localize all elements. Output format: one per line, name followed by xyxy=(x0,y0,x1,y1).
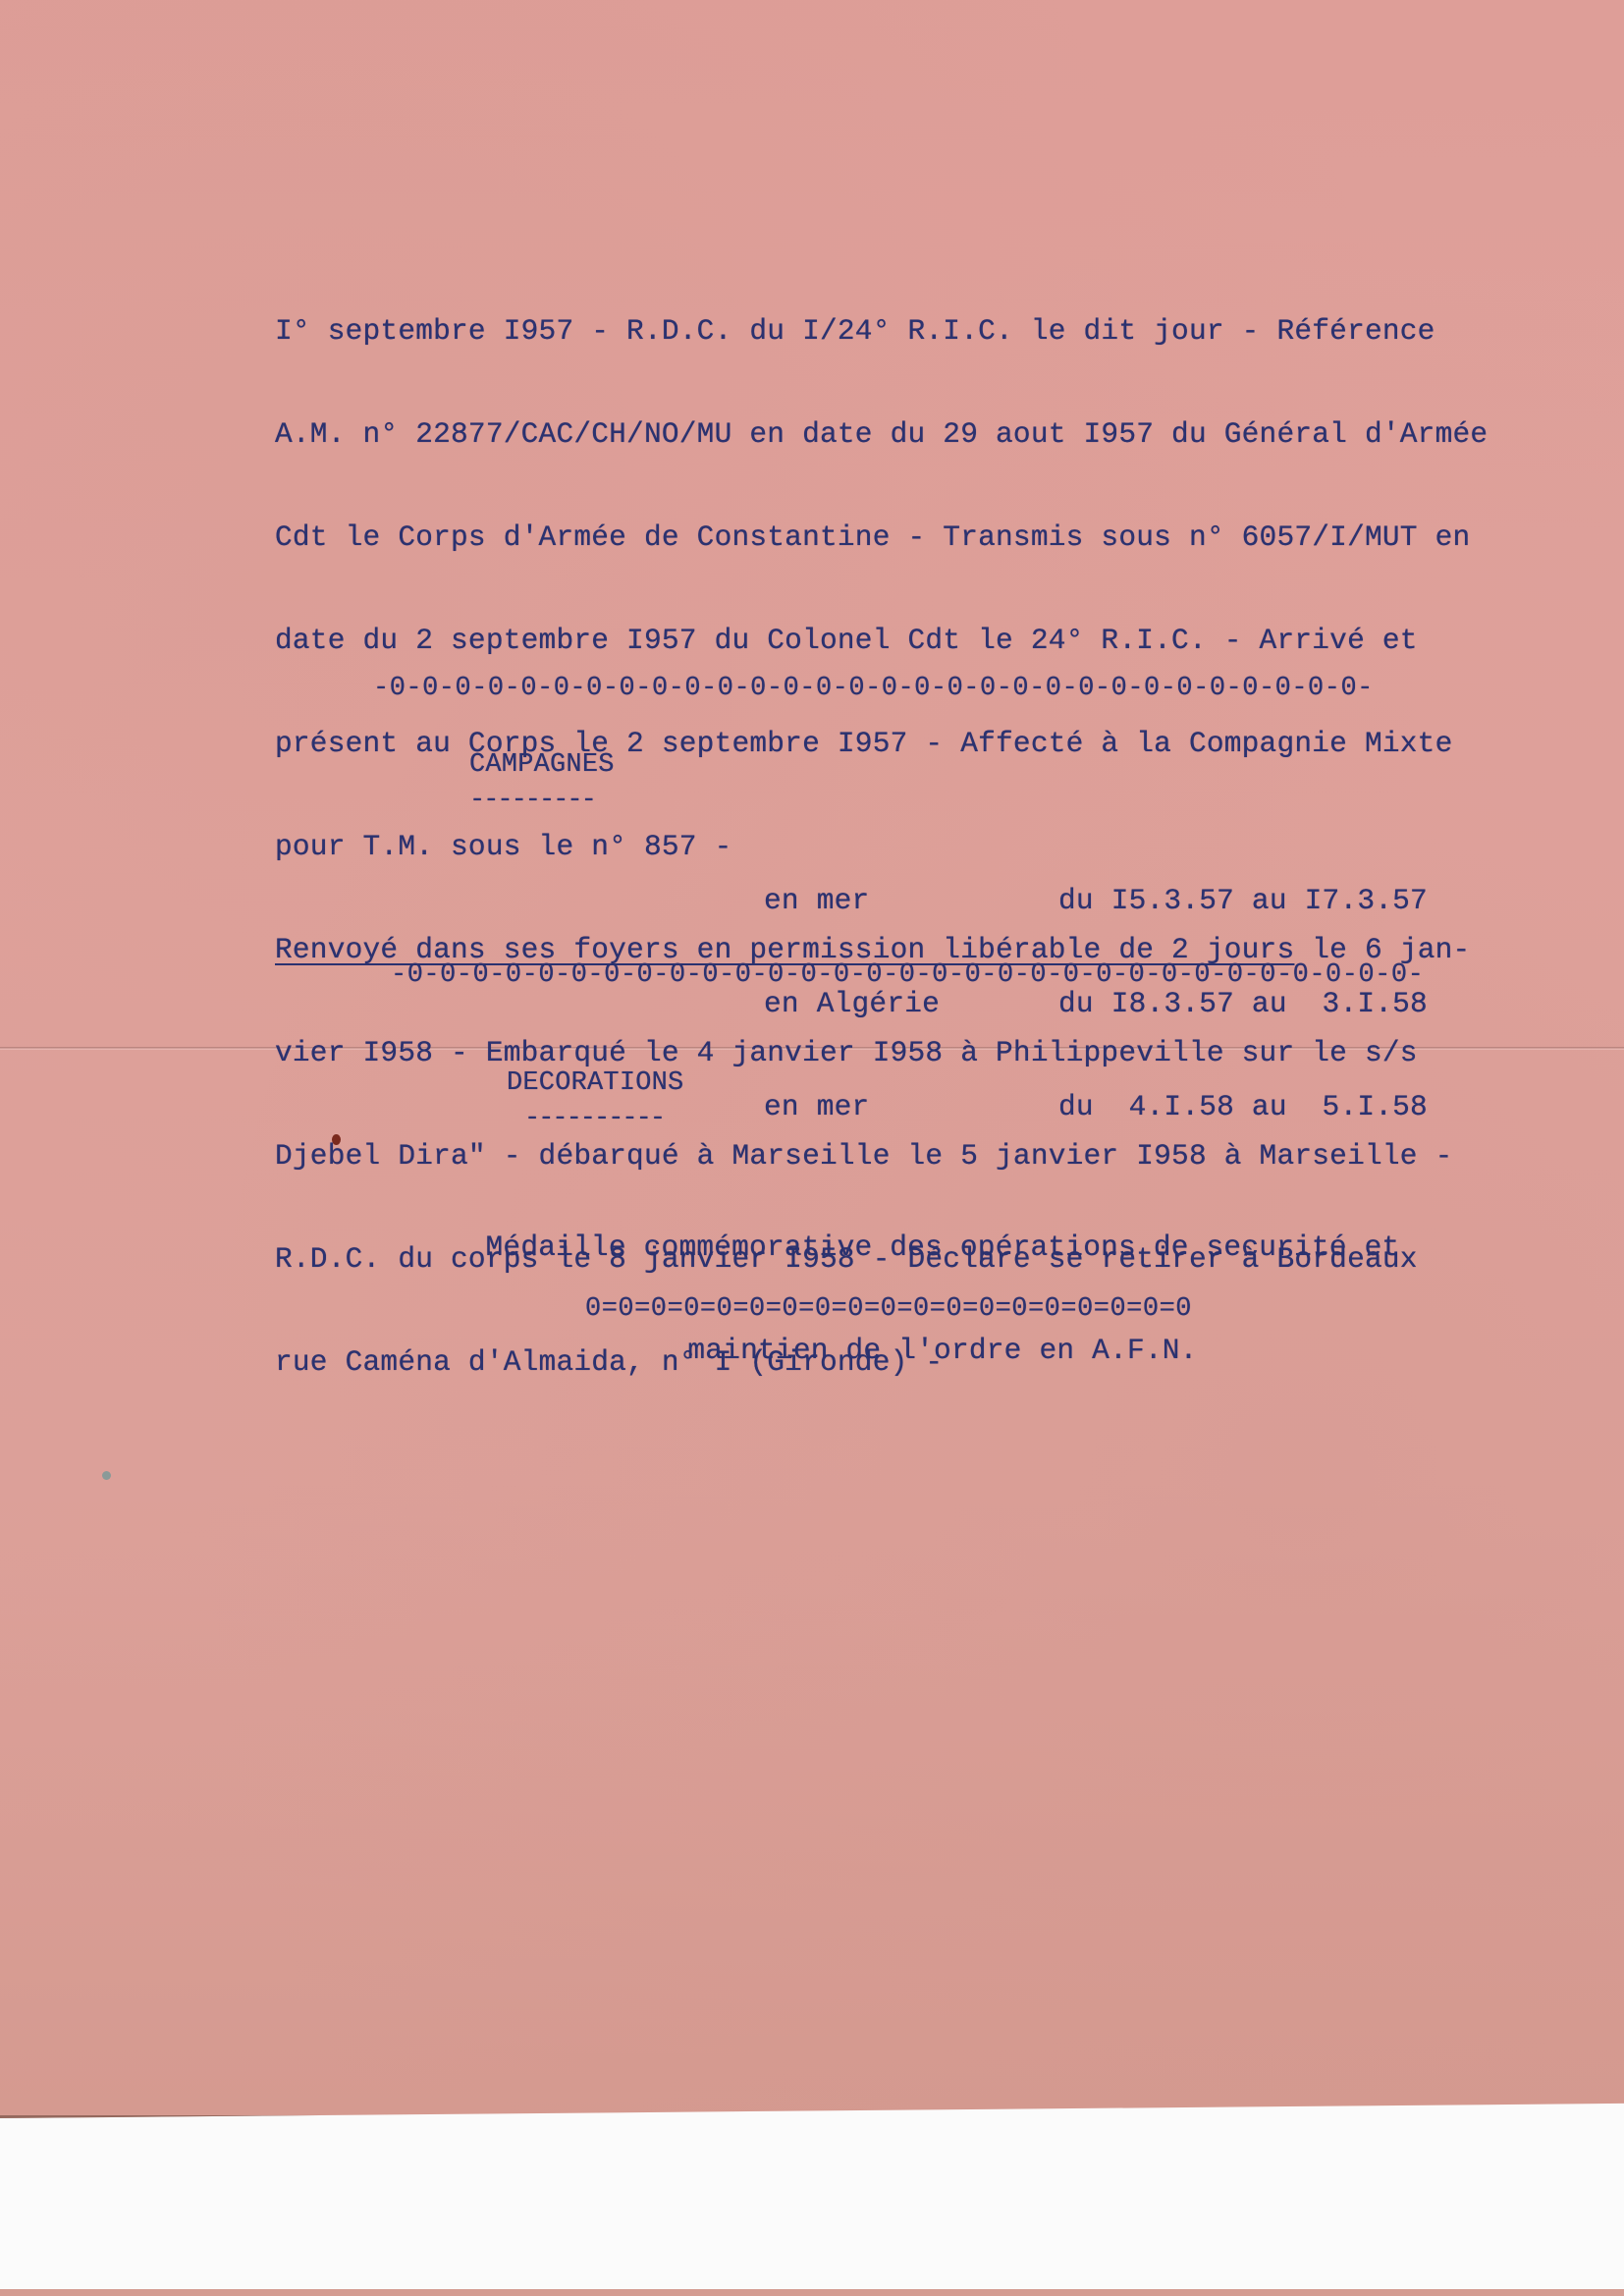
campaign-period: du I5.3.57 au I7.3.57 xyxy=(1058,884,1428,918)
paper-sheet: I° septembre I957 - R.D.C. du I/24° R.I.… xyxy=(0,0,1624,2118)
paragraph-line: I° septembre I957 - R.D.C. du I/24° R.I.… xyxy=(275,314,1488,349)
decoration-line: maintien de l'ordre en A.F.N. xyxy=(373,1334,1512,1368)
scan-bottom-strip xyxy=(0,2289,1624,2296)
paragraph-line: présent au Corps le 2 septembre I957 - A… xyxy=(275,727,1488,761)
campaign-row: en mer du 4.I.58 au 5.I.58 xyxy=(764,1090,1428,1124)
separator-line: -0-0-0-0-0-0-0-0-0-0-0-0-0-0-0-0-0-0-0-0… xyxy=(391,958,1424,993)
campaigns-table: en mer du I5.3.57 au I7.3.57 en Algérie … xyxy=(764,815,1428,1193)
paragraph-line: date du 2 septembre I957 du Colonel Cdt … xyxy=(275,624,1488,658)
campagnes-heading: CAMPAGNES xyxy=(469,748,615,783)
decorations-heading-rule: ---------- xyxy=(524,1102,664,1136)
separator-line: -0-0-0-0-0-0-0-0-0-0-0-0-0-0-0-0-0-0-0-0… xyxy=(373,672,1374,706)
campaign-place: en mer xyxy=(764,884,1058,918)
campaign-period: du 4.I.58 au 5.I.58 xyxy=(1058,1090,1428,1124)
stain-spot xyxy=(102,1471,111,1480)
decoration-line: Médaille commémorative des opérations de… xyxy=(373,1230,1512,1265)
campaign-row: en mer du I5.3.57 au I7.3.57 xyxy=(764,884,1428,918)
campaign-place: en mer xyxy=(764,1090,1058,1124)
separator-line: 0=0=0=0=0=0=0=0=0=0=0=0=0=0=0=0=0=0=0 xyxy=(585,1292,1192,1327)
campagnes-heading-rule: --------- xyxy=(469,784,595,818)
paragraph-line: Cdt le Corps d'Armée de Constantine - Tr… xyxy=(275,520,1488,555)
decorations-heading: DECORATIONS xyxy=(507,1066,683,1101)
paragraph-line: A.M. n° 22877/CAC/CH/NO/MU en date du 29… xyxy=(275,417,1488,452)
